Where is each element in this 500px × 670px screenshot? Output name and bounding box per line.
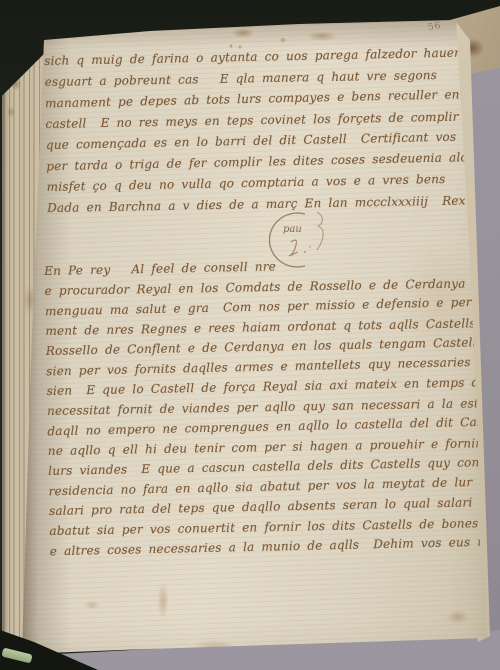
book-photo: 56 sich q muig de farina o aytanta co uo… [0,0,500,670]
notarial-mark-word: pau [283,224,302,235]
folio-number: 56 [427,21,442,33]
ink-dot [309,246,311,248]
paragraph-king-pere-order: En Pe rey Al feel de consell nre e procu… [44,252,480,561]
manuscript-page: 56 sich q muig de farina o aytanta co uo… [0,0,500,670]
flourish-icon [317,212,323,250]
ink-dot [304,251,306,253]
paragraph-barcelona-letter: sich q muig de farina o aytanta co uos p… [44,42,477,219]
paraph-stroke [289,240,298,256]
